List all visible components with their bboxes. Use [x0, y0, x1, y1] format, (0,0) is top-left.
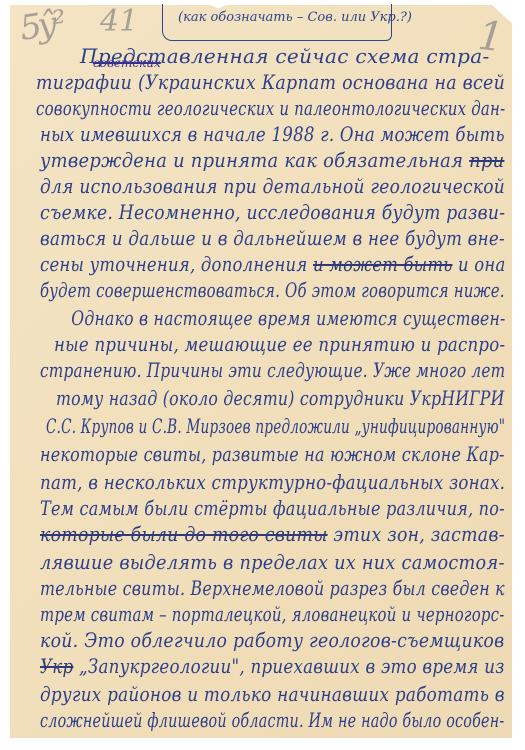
- scanned-page: 5ŷ² 41 1 (как обозначать – Сов. или Укр.…: [0, 0, 525, 750]
- manuscript-line: утверждена и принята как обязательная пр…: [40, 148, 504, 172]
- manuscript-line: ных имевшихся в начале 1988 г. Она может…: [40, 122, 505, 146]
- manuscript-line: съемке. Несомненно, исследования будут р…: [40, 200, 505, 224]
- top-note: (как обозначать – Сов. или Укр.?): [178, 10, 412, 25]
- manuscript-line: совокупности геологических и палеонтолог…: [36, 96, 505, 120]
- struck-text: при: [469, 148, 504, 172]
- manuscript-line: Тем самым были стёрты фациальные различи…: [40, 496, 505, 520]
- manuscript-line: ные причины, мешающие ее принятию и расп…: [54, 332, 505, 356]
- manuscript-line: тельные свиты. Верхнемеловой разрез был …: [40, 576, 505, 600]
- manuscript-line: которые были до того свиты этих зон, зас…: [40, 522, 505, 546]
- manuscript-line: кой. Это облегчило работу геологов-съемщ…: [40, 628, 504, 652]
- archive-mark: 5ŷ²: [17, 3, 65, 49]
- archive-sheet-number: 41: [100, 4, 138, 39]
- manuscript-line: некоторые свиты, развитые на южном склон…: [40, 442, 505, 466]
- manuscript-line: лявшие выделять в пределах их них самост…: [40, 550, 505, 574]
- manuscript-line: для использования при детальной геологич…: [40, 174, 505, 198]
- manuscript-line: трем свитам – порталецкой, ялованецкой и…: [40, 602, 505, 626]
- manuscript-line: будет совершенствоваться. Об этом говори…: [40, 278, 505, 302]
- manuscript-line: тому назад (около десяти) сотрудники Укр…: [56, 386, 505, 410]
- manuscript-line: Представленная сейчас схема стра-: [40, 44, 490, 68]
- struck-text: Укр: [40, 654, 73, 678]
- manuscript-line: Однако в настоящее время имеются существ…: [40, 306, 506, 330]
- struck-text: которые были до того свиты: [40, 522, 328, 546]
- struck-text: и может быть: [313, 252, 453, 276]
- manuscript-line: ваться и дальше и в дальнейшем в нее буд…: [40, 226, 505, 250]
- manuscript-line: С.С. Крупов и С.В. Мирзоев предложили „у…: [46, 414, 505, 438]
- manuscript-line: других районов и только начинавших работ…: [40, 682, 505, 706]
- manuscript-line: сложнейшей флишевой области. Им не надо …: [40, 708, 504, 732]
- manuscript-line: странению. Причины эти следующие. Уже мн…: [40, 358, 505, 382]
- manuscript-line: Укр „Запукргеологии", приехавших в это в…: [40, 654, 505, 678]
- manuscript-line: пат, в нескольких структурно-фациальных …: [40, 470, 505, 494]
- manuscript-line: тиграфии (Украинских Карпат основана на …: [36, 70, 505, 94]
- manuscript-line: сены уточнения, дополнения и может быть …: [40, 252, 506, 276]
